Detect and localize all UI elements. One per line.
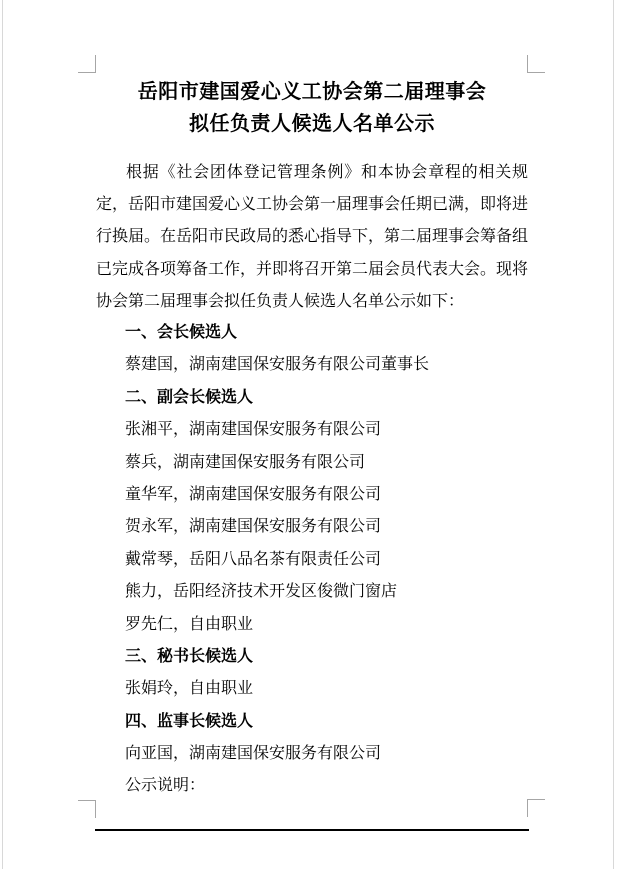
closing-label: 公示说明： bbox=[96, 769, 536, 801]
candidate-line: 张湘平，湖南建国保安服务有限公司 bbox=[96, 413, 536, 445]
section-heading-vice-president: 二、副会长候选人 bbox=[96, 381, 536, 413]
candidate-line: 向亚国，湖南建国保安服务有限公司 bbox=[96, 737, 536, 769]
section-heading-supervisor: 四、监事长候选人 bbox=[96, 705, 536, 737]
candidate-list: 一、会长候选人 蔡建国，湖南建国保安服务有限公司董事长 二、副会长候选人 张湘平… bbox=[96, 316, 536, 802]
margin-cropmark-bottom-left bbox=[78, 800, 96, 818]
page-left-edge bbox=[2, 0, 3, 869]
document-page: 岳阳市建国爱心义工协会第二届理事会 拟任负责人候选人名单公示 根据《社会团体登记… bbox=[0, 0, 621, 869]
candidate-line: 张娟玲，自由职业 bbox=[96, 672, 536, 704]
margin-cropmark-top-left bbox=[78, 55, 96, 73]
intro-paragraph: 根据《社会团体登记管理条例》和本协会章程的相关规定，岳阳市建国爱心义工协会第一届… bbox=[96, 156, 528, 317]
candidate-line: 贺永军，湖南建国保安服务有限公司 bbox=[96, 510, 536, 542]
document-title-line-1: 岳阳市建国爱心义工协会第二届理事会 bbox=[96, 75, 528, 107]
candidate-line: 戴常琴，岳阳八品名茶有限责任公司 bbox=[96, 543, 536, 575]
candidate-line: 童华军，湖南建国保安服务有限公司 bbox=[96, 478, 536, 510]
document-title-line-2: 拟任负责人候选人名单公示 bbox=[96, 107, 528, 139]
margin-cropmark-top-right bbox=[527, 55, 545, 73]
section-heading-president: 一、会长候选人 bbox=[96, 316, 536, 348]
footer-separator-line bbox=[95, 829, 529, 831]
document-title: 岳阳市建国爱心义工协会第二届理事会 拟任负责人候选人名单公示 bbox=[96, 75, 528, 139]
section-heading-secretary-general: 三、秘书长候选人 bbox=[96, 640, 536, 672]
page-right-edge bbox=[613, 0, 614, 869]
candidate-line: 蔡兵，湖南建国保安服务有限公司 bbox=[96, 446, 536, 478]
candidate-line: 熊力，岳阳经济技术开发区俊微门窗店 bbox=[96, 575, 536, 607]
candidate-line: 罗先仁，自由职业 bbox=[96, 608, 536, 640]
candidate-line: 蔡建国，湖南建国保安服务有限公司董事长 bbox=[96, 348, 536, 380]
